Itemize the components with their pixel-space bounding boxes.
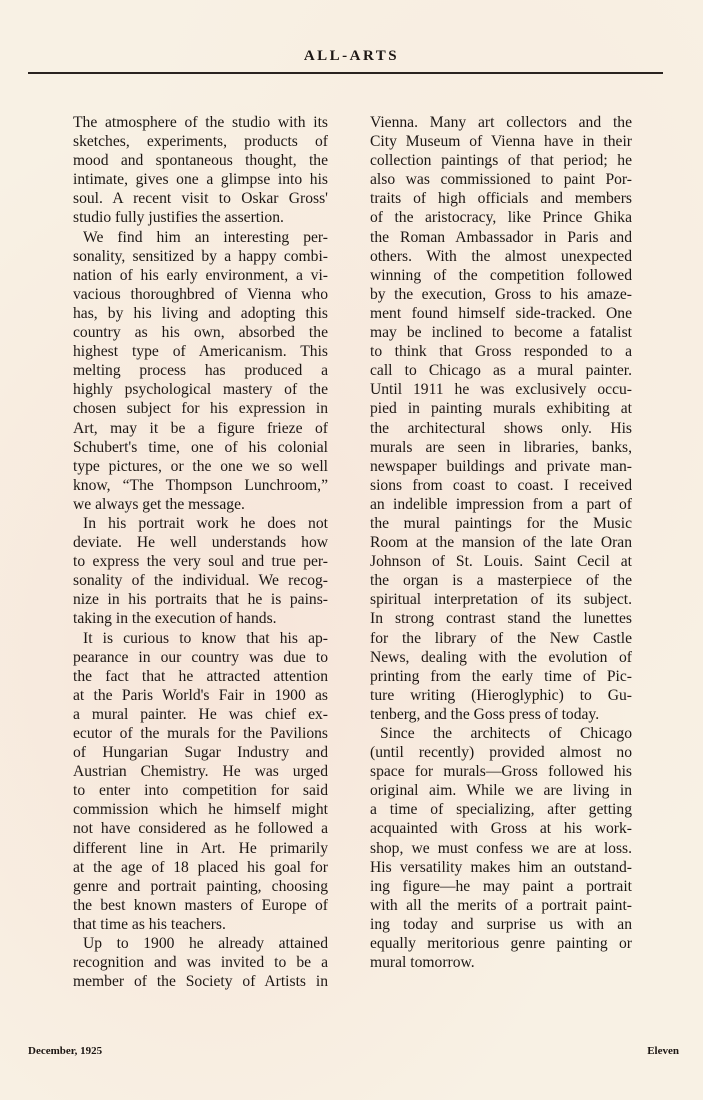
text-line: Vienna. Many art collectors and the <box>370 113 632 132</box>
text-line: to think that Gross responded to a <box>370 342 632 361</box>
text-line: genre and portrait painting, choosing <box>73 877 328 896</box>
text-line: original aim. While we are living in <box>370 781 632 800</box>
text-line: others. With the almost unexpected <box>370 247 632 266</box>
text-line: Until 1911 he was exclusively occu- <box>370 380 632 399</box>
text-line: of the aristocracy, like Prince Ghika <box>370 208 632 227</box>
text-line: that time as his teachers. <box>73 915 328 934</box>
text-line: sions from coast to coast. I received <box>370 476 632 495</box>
text-line: commission which he himself might <box>73 800 328 819</box>
text-line: Austrian Chemistry. He was urged <box>73 762 328 781</box>
text-line: (until recently) provided almost no <box>370 743 632 762</box>
text-line: ment found himself side-tracked. One <box>370 304 632 323</box>
text-line: taking in the execution of hands. <box>73 609 328 628</box>
text-line: sonality of the individual. We recog- <box>73 571 328 590</box>
text-line: different line in Art. He primarily <box>73 839 328 858</box>
text-line: mural tomorrow. <box>370 953 632 972</box>
text-line: call to Chicago as a mural painter. <box>370 361 632 380</box>
text-line: Art, may it be a figure frieze of <box>73 419 328 438</box>
text-line: sonality, sensitized by a happy combi- <box>73 247 328 266</box>
text-line: shop, we must confess we are at loss. <box>370 839 632 858</box>
text-line: to express the very soul and true per- <box>73 552 328 571</box>
header-rule <box>28 72 663 74</box>
text-line: Johnson of St. Louis. Saint Cecil at <box>370 552 632 571</box>
text-line: acquainted with Gross at his work- <box>370 819 632 838</box>
text-line: nize in his portraits that he is pains- <box>73 590 328 609</box>
text-line: of Hungarian Sugar Industry and <box>73 743 328 762</box>
text-line: a mural painter. He was chief ex- <box>73 705 328 724</box>
text-line: pied in painting murals exhibiting at <box>370 399 632 418</box>
text-line: mood and spontaneous thought, the <box>73 151 328 170</box>
text-line: to enter into competition for said <box>73 781 328 800</box>
text-line: recognition and was invited to be a <box>73 953 328 972</box>
text-line: sketches, experiments, products of <box>73 132 328 151</box>
article-column-right: Vienna. Many art collectors and theCity … <box>370 113 632 972</box>
text-line: collection paintings of that period; he <box>370 151 632 170</box>
text-line: murals are seen in libraries, banks, <box>370 438 632 457</box>
text-line: We find him an interesting per- <box>73 228 328 247</box>
text-line: ing today and surprise us with an <box>370 915 632 934</box>
article-column-left: The atmosphere of the studio with itsske… <box>73 113 328 991</box>
text-line: Up to 1900 he already attained <box>73 934 328 953</box>
text-line: equally meritorious genre painting or <box>370 934 632 953</box>
text-line: space for murals—Gross followed his <box>370 762 632 781</box>
text-line: soul. A recent visit to Oskar Gross' <box>73 189 328 208</box>
text-line: an indelible impression from a part of <box>370 495 632 514</box>
text-line: studio fully justifies the assertion. <box>73 208 328 227</box>
text-line: tenberg, and the Goss press of today. <box>370 705 632 724</box>
text-line: with all the merits of a portrait paint- <box>370 896 632 915</box>
text-line: In his portrait work he does not <box>73 514 328 533</box>
text-line: a time of specializing, after getting <box>370 800 632 819</box>
text-line: deviate. He well understands how <box>73 533 328 552</box>
text-line: chosen subject for his expression in <box>73 399 328 418</box>
text-line: It is curious to know that his ap- <box>73 629 328 648</box>
text-line: for the library of the New Castle <box>370 629 632 648</box>
text-line: at the Paris World's Fair in 1900 as <box>73 686 328 705</box>
text-line: intimate, gives one a glimpse into his <box>73 170 328 189</box>
text-line: newspaper buildings and private man- <box>370 457 632 476</box>
text-line: member of the Society of Artists in <box>73 972 328 991</box>
text-line: Schubert's time, one of his colonial <box>73 438 328 457</box>
text-line: highest type of Americanism. This <box>73 342 328 361</box>
text-line: country as his own, absorbed the <box>73 323 328 342</box>
text-line: The atmosphere of the studio with its <box>73 113 328 132</box>
text-line: spiritual interpretation of its subject. <box>370 590 632 609</box>
text-line: traits of high officials and members <box>370 189 632 208</box>
text-line: at the age of 18 placed his goal for <box>73 858 328 877</box>
text-line: ing figure—he may paint a portrait <box>370 877 632 896</box>
text-line: printing from the early time of Pic- <box>370 667 632 686</box>
text-line: the fact that he attracted attention <box>73 667 328 686</box>
text-line: In strong contrast stand the lunettes <box>370 609 632 628</box>
text-line: by the execution, Gross to his amaze- <box>370 285 632 304</box>
text-line: the best known masters of Europe of <box>73 896 328 915</box>
text-line: News, dealing with the evolution of <box>370 648 632 667</box>
text-line: the architectural shows only. His <box>370 419 632 438</box>
text-line: ture writing (Hieroglyphic) to Gu- <box>370 686 632 705</box>
text-line: type pictures, or the one we so well <box>73 457 328 476</box>
text-line: may be inclined to become a fatalist <box>370 323 632 342</box>
text-line: also was commissioned to paint Por- <box>370 170 632 189</box>
text-line: nation of his early environment, a vi- <box>73 266 328 285</box>
text-line: pearance in our country was due to <box>73 648 328 667</box>
text-line: has, by his living and adopting this <box>73 304 328 323</box>
text-line: know, “The Thompson Lunchroom,” <box>73 476 328 495</box>
text-line: highly psychological mastery of the <box>73 380 328 399</box>
issue-date: December, 1925 <box>28 1045 102 1057</box>
text-line: winning of the competition followed <box>370 266 632 285</box>
text-line: we always get the message. <box>73 495 328 514</box>
text-line: ecutor of the murals for the Pavilions <box>73 724 328 743</box>
text-line: not have considered as he followed a <box>73 819 328 838</box>
page-number: Eleven <box>647 1045 679 1057</box>
magazine-title: ALL-ARTS <box>0 48 703 65</box>
text-line: His versatility makes him an outstand- <box>370 858 632 877</box>
text-line: Room at the mansion of the late Oran <box>370 533 632 552</box>
text-line: Since the architects of Chicago <box>370 724 632 743</box>
text-line: the organ is a masterpiece of the <box>370 571 632 590</box>
text-line: melting process has produced a <box>73 361 328 380</box>
text-line: the mural paintings for the Music <box>370 514 632 533</box>
text-line: City Museum of Vienna have in their <box>370 132 632 151</box>
text-line: vacious thoroughbred of Vienna who <box>73 285 328 304</box>
text-line: the Roman Ambassador in Paris and <box>370 228 632 247</box>
